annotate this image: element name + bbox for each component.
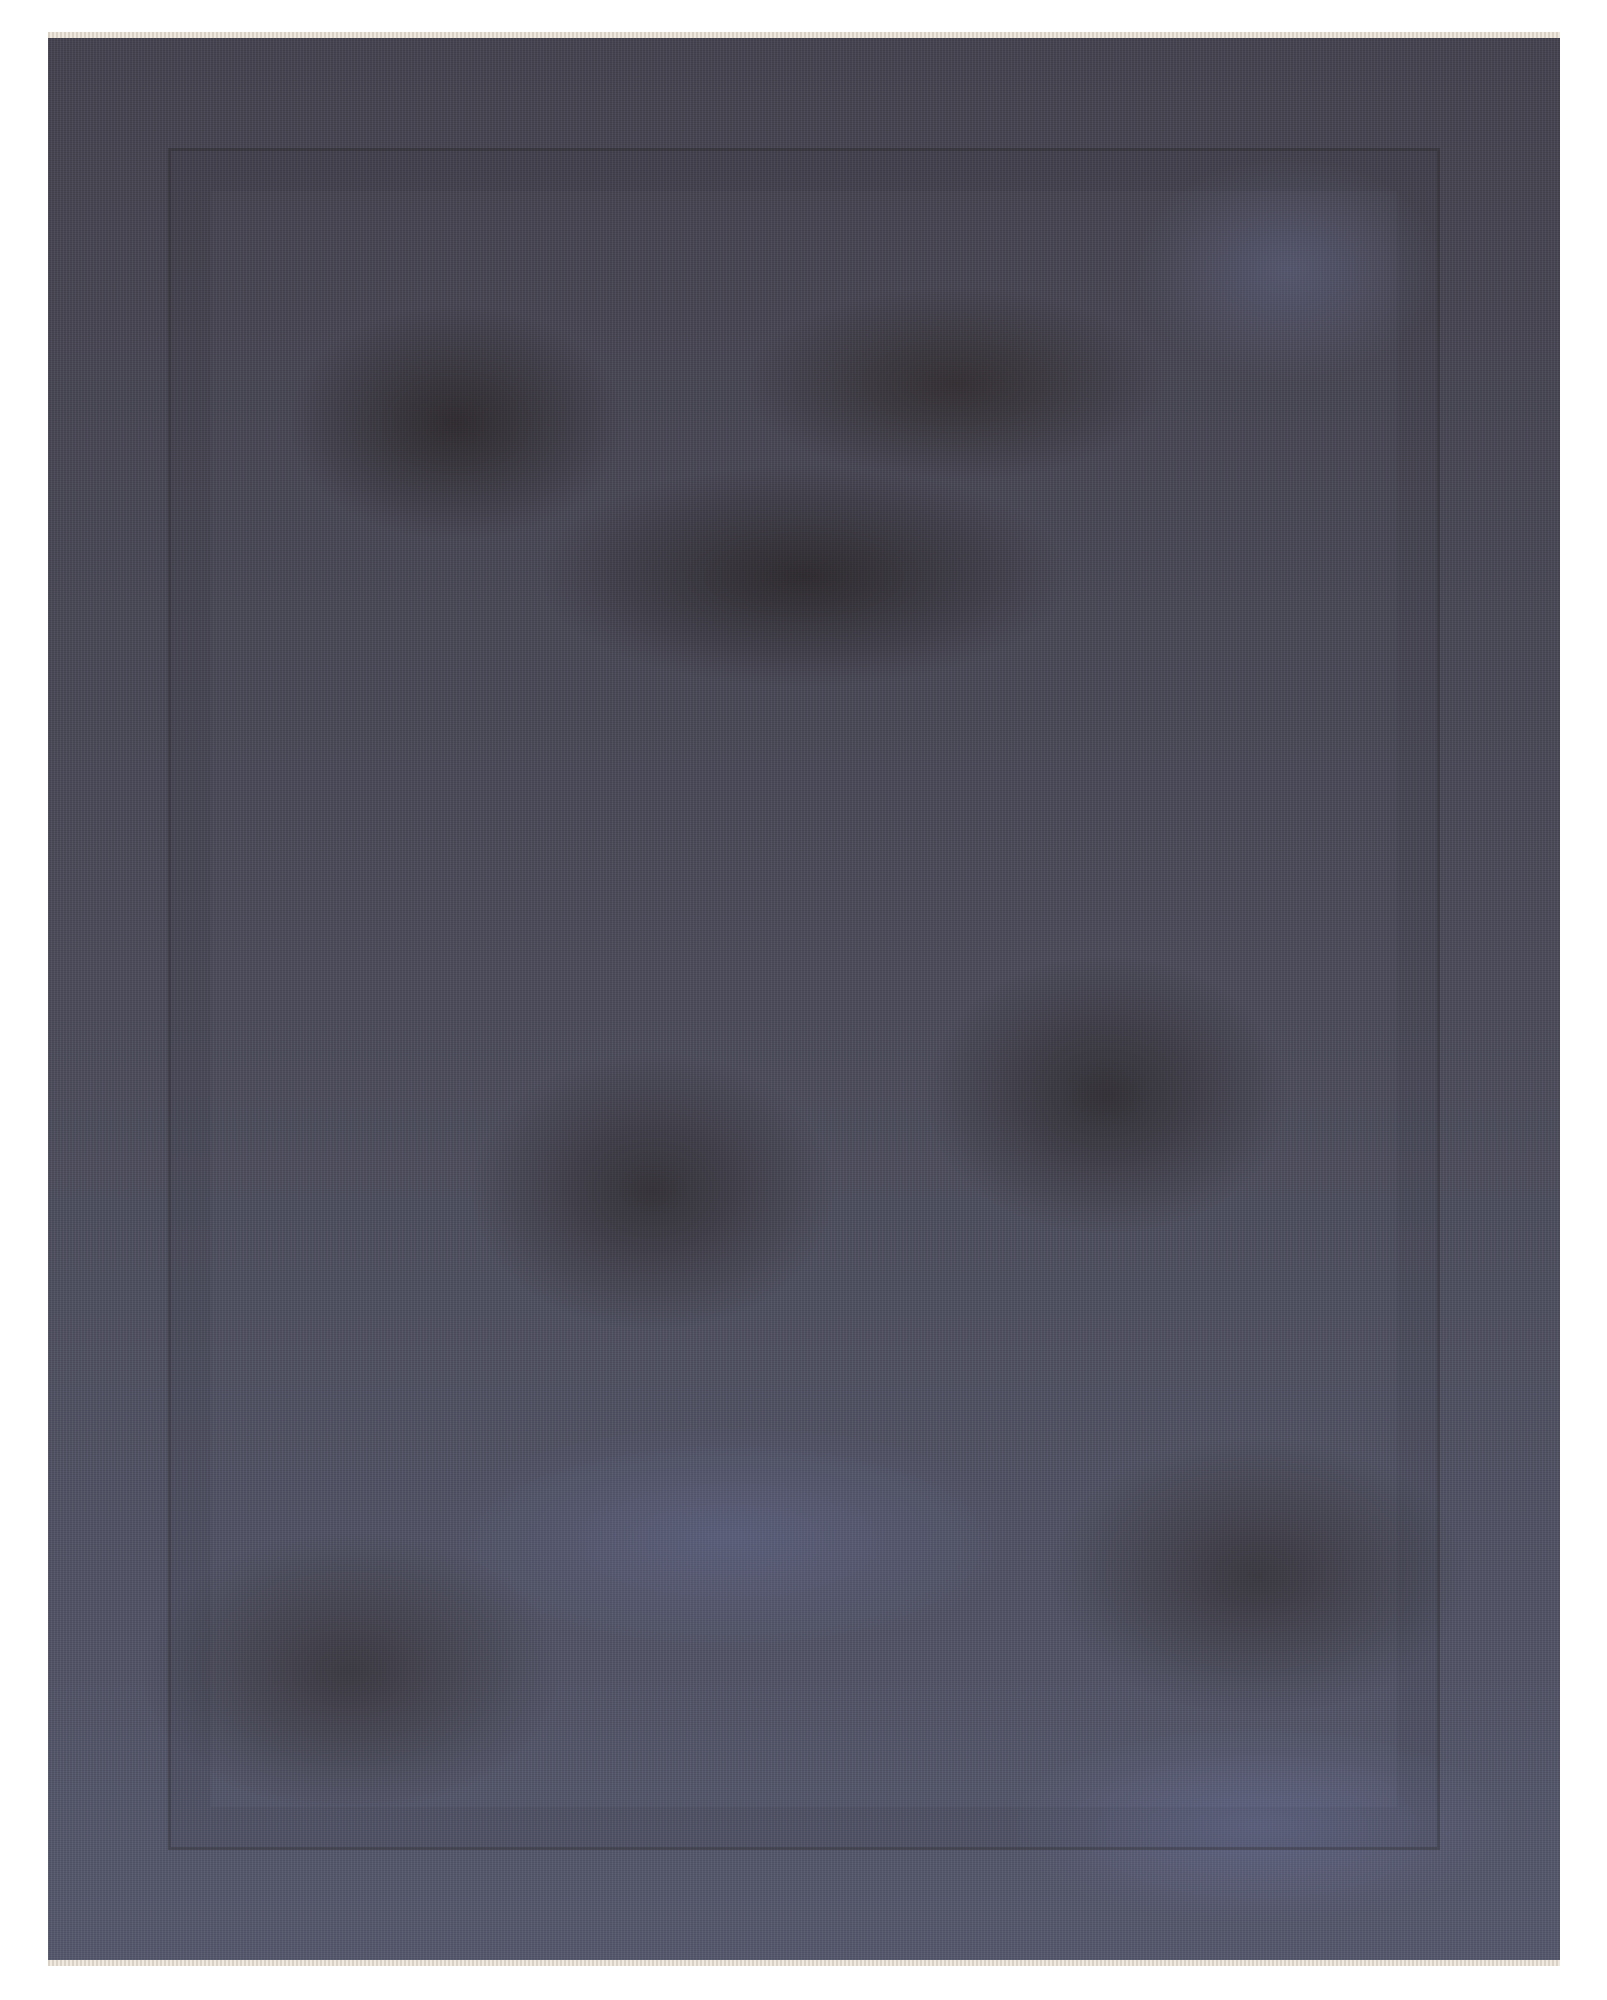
rug-border (168, 148, 1440, 1850)
bottom-fringe (48, 1960, 1560, 1966)
rug (48, 38, 1560, 1960)
top-fringe (48, 32, 1560, 38)
